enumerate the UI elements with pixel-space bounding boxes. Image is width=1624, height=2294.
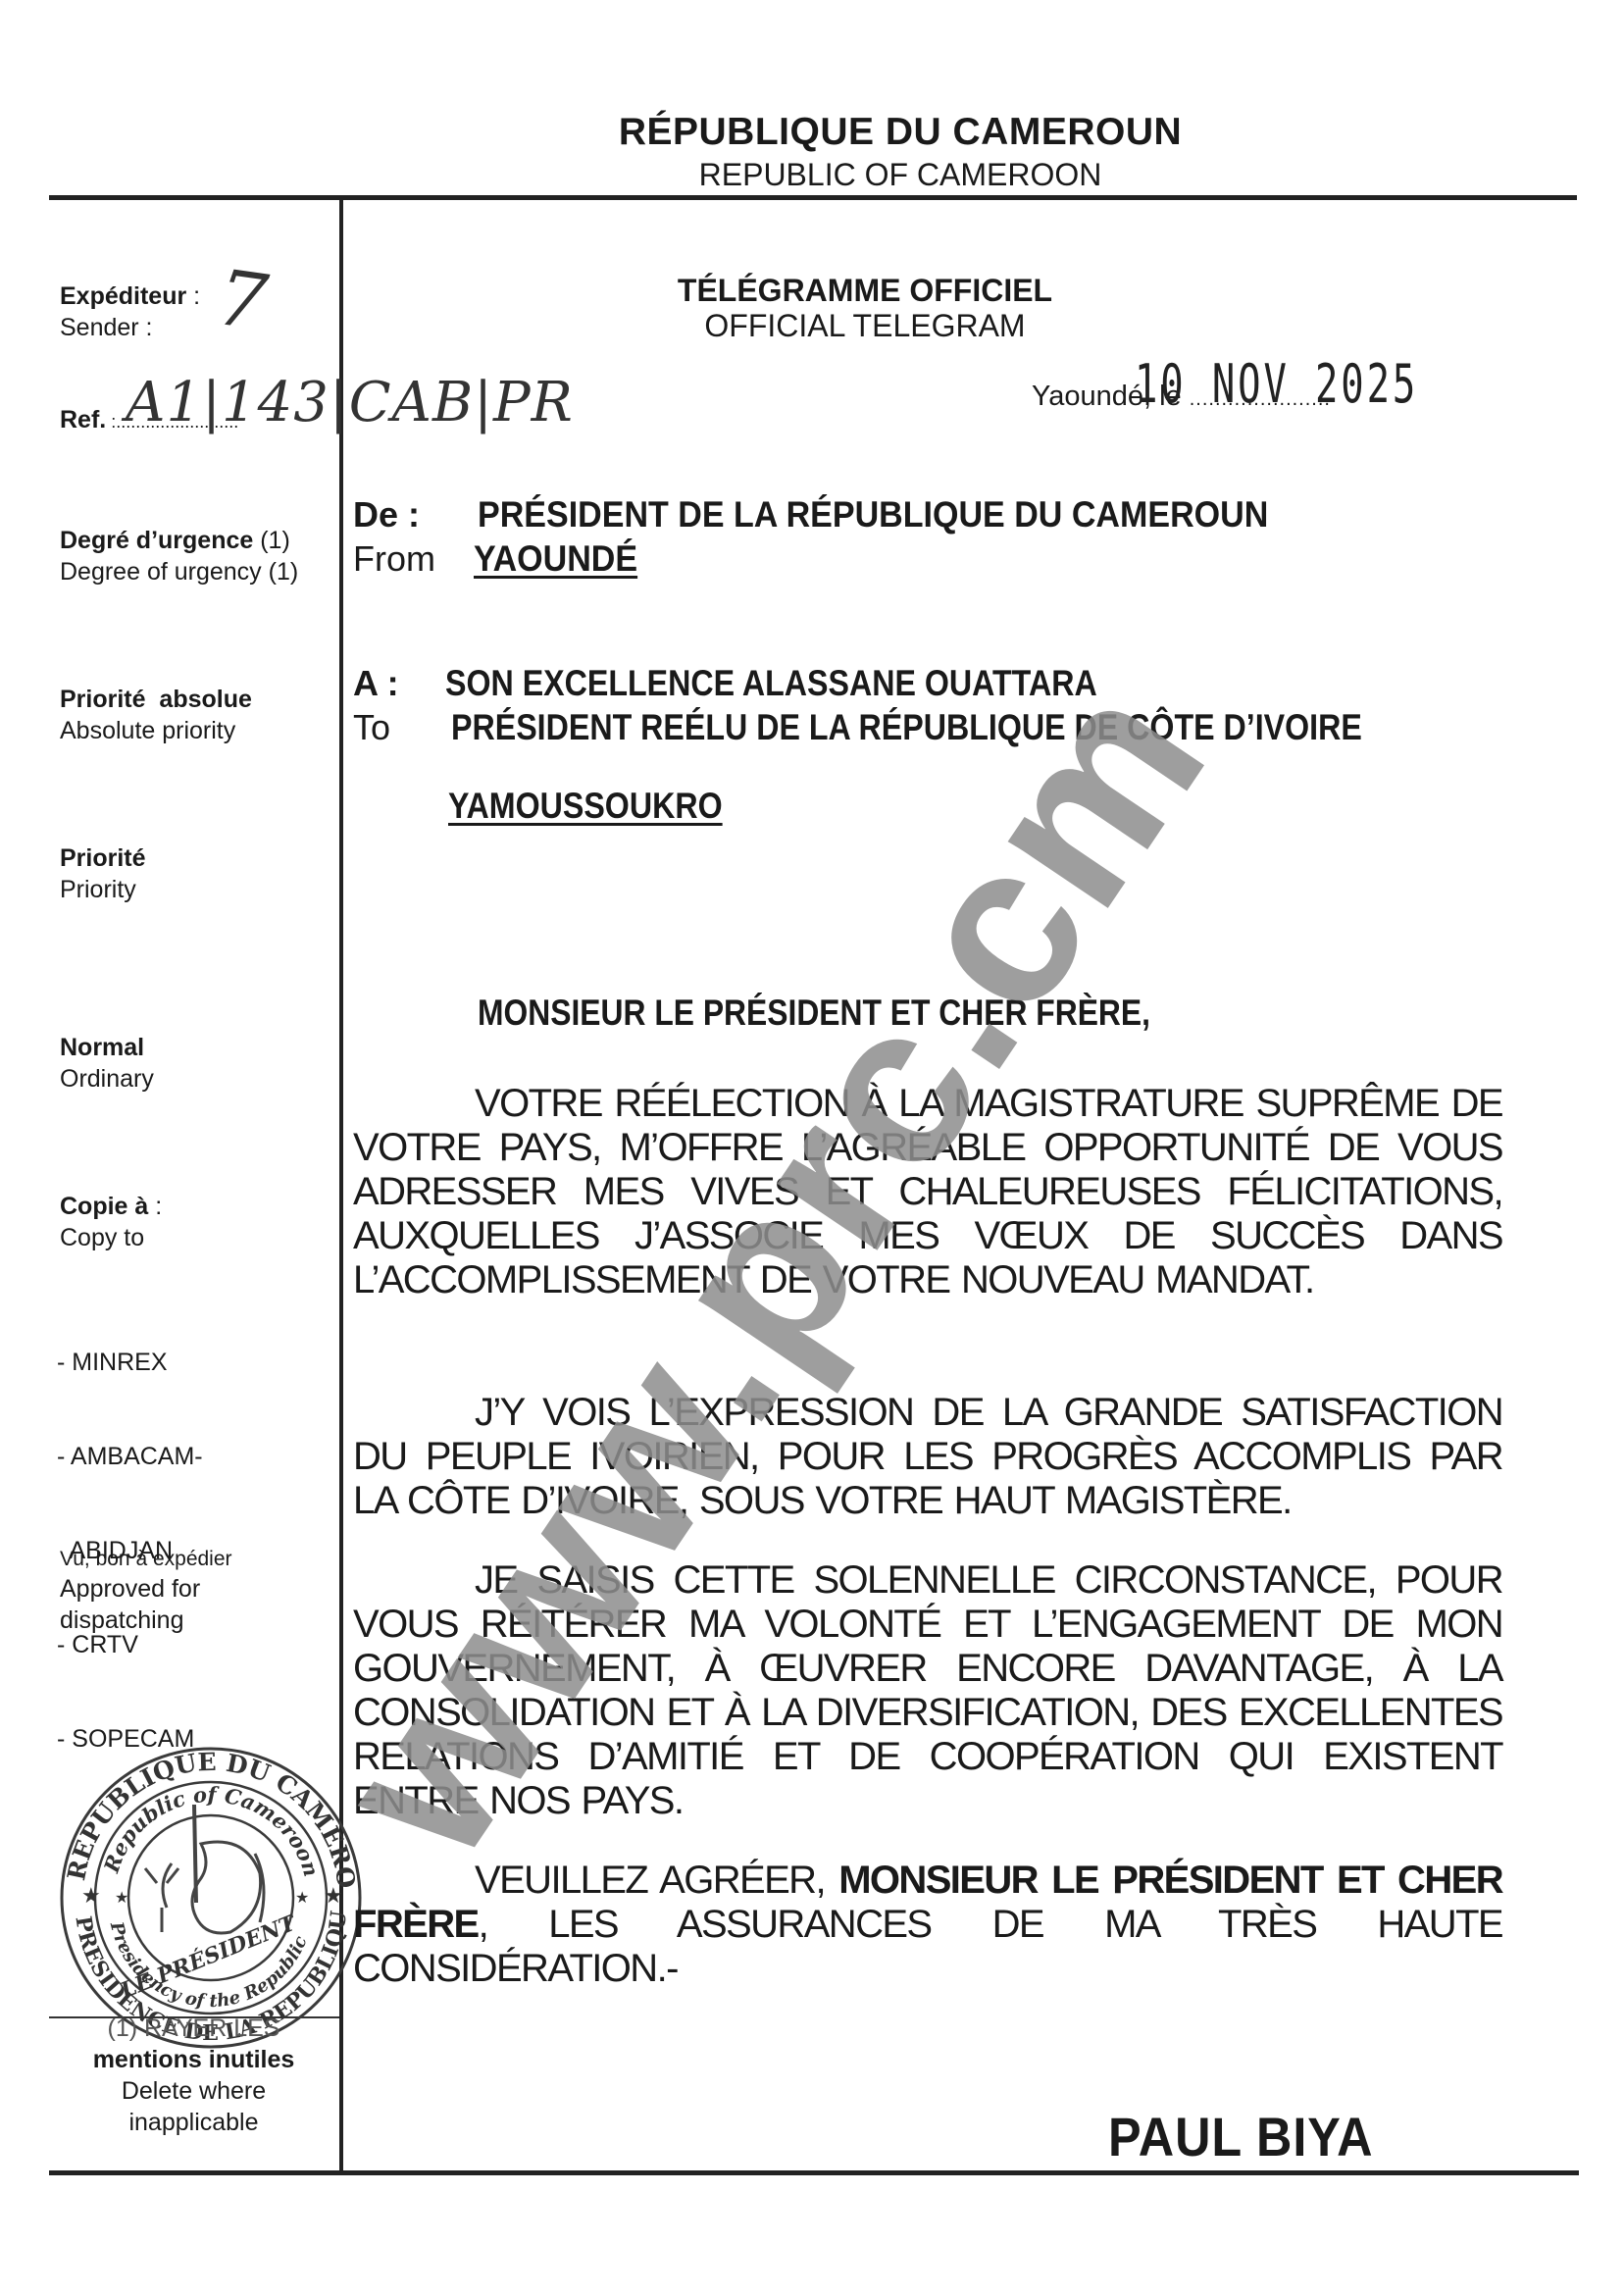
top-rule: [49, 195, 1577, 200]
urgency-block: Degré d’urgence (1) Degree of urgency (1…: [60, 525, 298, 587]
from-city: YAOUNDÉ: [474, 538, 637, 580]
copy-list: - MINREX - AMBACAM- ABIDJAN - CRTV - SOP…: [57, 1284, 203, 1786]
svg-text:★: ★: [115, 1890, 128, 1907]
copy-block: Copie à : Copy to: [60, 1191, 162, 1253]
approval-block: Vu, bon à expédier Approved for dispatch…: [60, 1546, 232, 1636]
to-label-en: To: [353, 707, 390, 748]
copy-item: - AMBACAM-: [57, 1441, 203, 1472]
from-label-fr: De :: [353, 494, 420, 535]
to-title: PRÉSIDENT REÉLU DE LA RÉPUBLIQUE DE CÔTE…: [451, 707, 1362, 748]
copy-item: - MINREX: [57, 1347, 203, 1378]
signature-name: PAUL BIYA: [1108, 2105, 1373, 2168]
closing: VEUILLEZ AGRÉER, MONSIEUR LE PRÉSIDENT E…: [353, 1859, 1502, 1991]
presidential-seal-icon: REPUBLIQUE DU CAMEROUN Republic of Camer…: [54, 1736, 368, 2050]
country-title-fr: RÉPUBLIQUE DU CAMEROUN: [0, 111, 1624, 154]
normal-block: Normal Ordinary: [60, 1032, 154, 1095]
ref-label: Ref.: [60, 406, 106, 433]
document-type-en: OFFICIAL TELEGRAM: [0, 308, 1624, 344]
bottom-rule: [49, 2170, 1579, 2175]
svg-text:★: ★: [295, 1890, 309, 1907]
priority-block: Priorité Priority: [60, 842, 146, 905]
footnote: (1) RAYER LES mentions inutiles Delete w…: [49, 2013, 338, 2138]
to-city: YAMOUSSOUKRO: [448, 786, 723, 827]
from-label-en: From: [353, 538, 435, 580]
absolute-priority-block: Priorité absolue Absolute priority: [60, 684, 252, 746]
to-label-fr: A :: [353, 663, 399, 704]
svg-text:★: ★: [324, 1883, 343, 1908]
from-name: PRÉSIDENT DE LA RÉPUBLIQUE DU CAMEROUN: [478, 494, 1268, 535]
svg-text:★: ★: [81, 1883, 101, 1908]
date-stamp: 10 NOV 2025: [1135, 353, 1418, 415]
country-title-en: REPUBLIC OF CAMEROON: [0, 157, 1624, 193]
ref-handwritten: A1|143|CAB|PR: [126, 371, 574, 434]
document-type-fr: TÉLÉGRAMME OFFICIEL: [0, 273, 1624, 309]
